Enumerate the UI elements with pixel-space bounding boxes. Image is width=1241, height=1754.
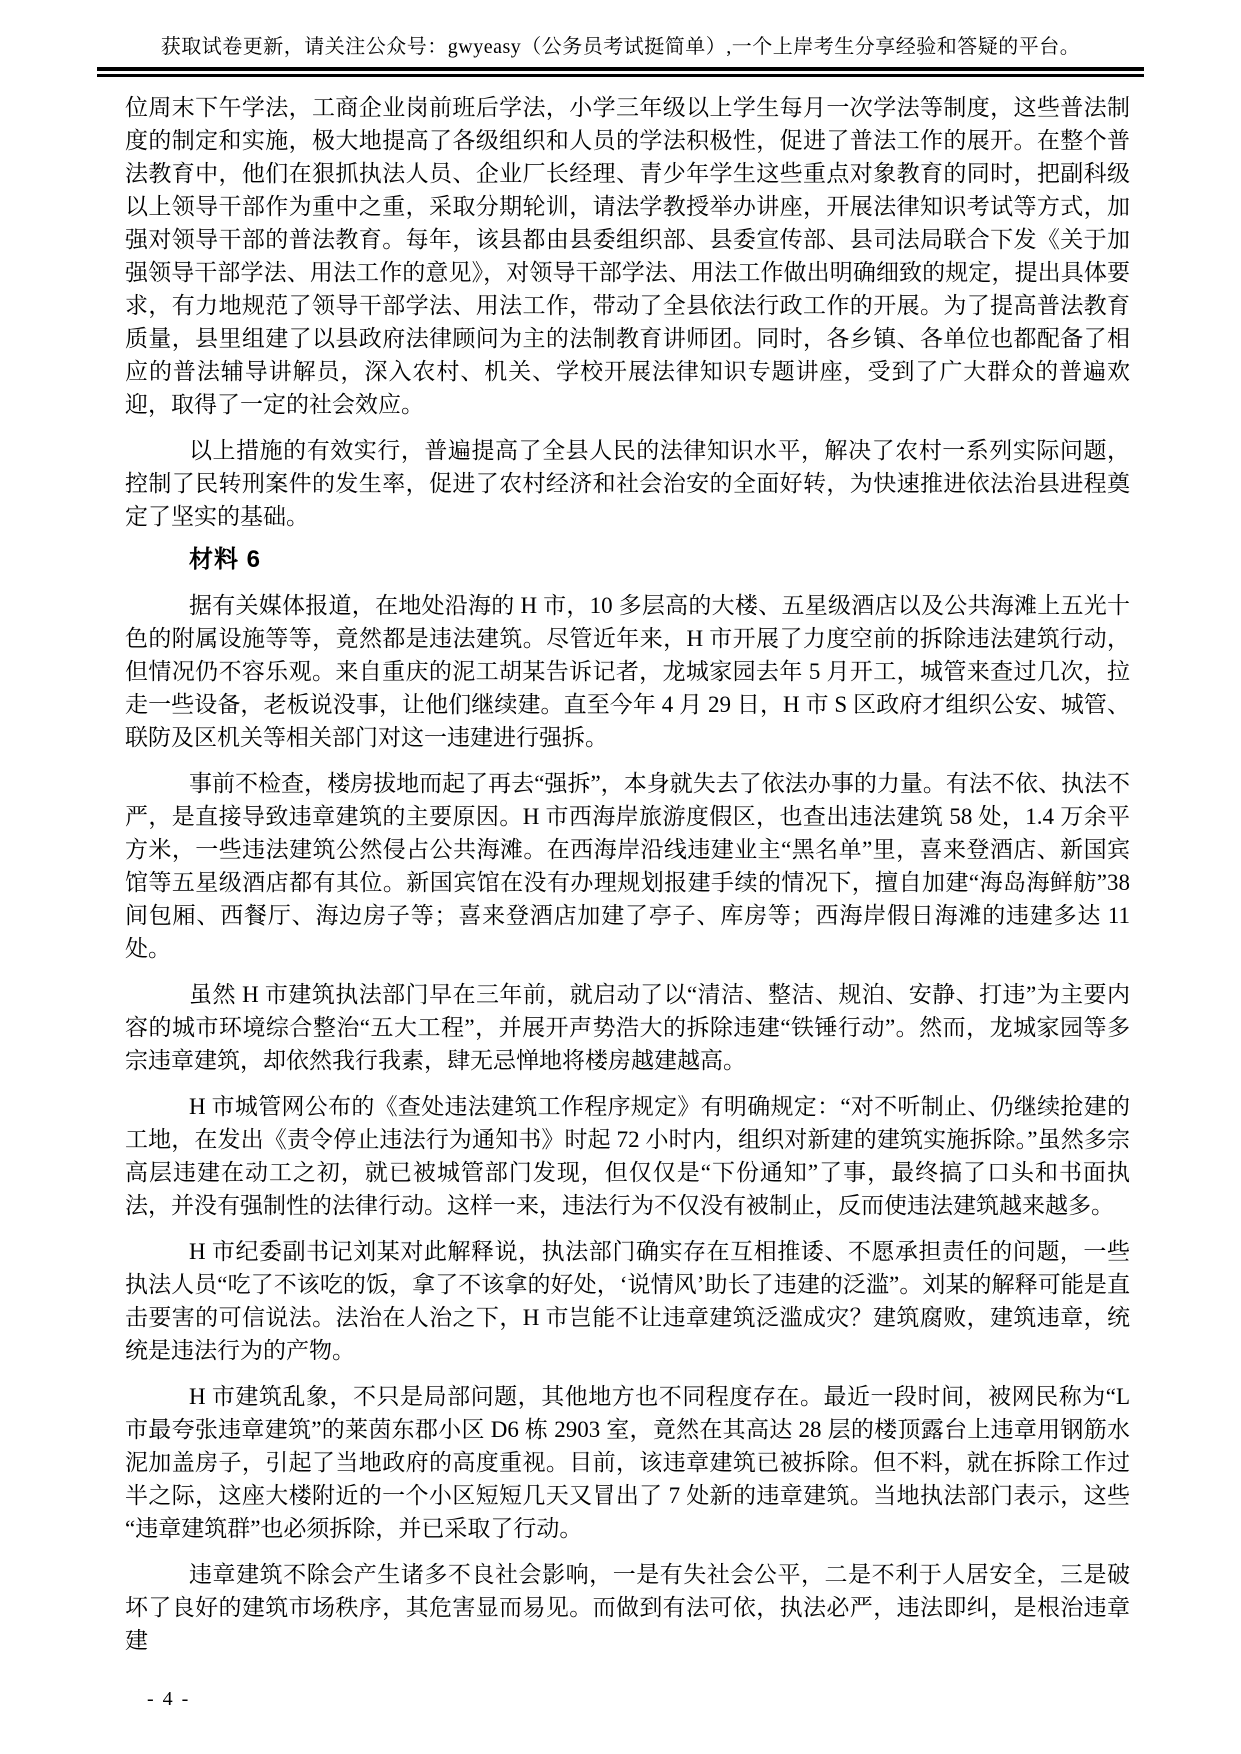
paragraph: 虽然 H 市建筑执法部门早在三年前，就启动了以“清洁、整洁、规泊、安静、打违”为…	[125, 978, 1130, 1077]
document-page: 获取试卷更新，请关注公众号：gwyeasy（公务员考试挺简单）,一个上岸考生分享…	[0, 0, 1241, 1754]
paragraph: 事前不检查，楼房拔地而起了再去“强拆”，本身就失去了依法办事的力量。有法不依、执…	[125, 767, 1130, 965]
header-divider-rule	[97, 67, 1144, 77]
header-notice: 获取试卷更新，请关注公众号：gwyeasy（公务员考试挺简单）,一个上岸考生分享…	[0, 30, 1241, 59]
page-number: - 4 -	[147, 1688, 190, 1711]
paragraph: 以上措施的有效实行，普遍提高了全县人民的法律知识水平，解决了农村一系列实际问题，…	[125, 434, 1130, 533]
paragraph: H 市建筑乱象，不只是局部问题，其他地方也不同程度存在。最近一段时间，被网民称为…	[125, 1380, 1130, 1545]
paragraph: 违章建筑不除会产生诸多不良社会影响，一是有失社会公平，二是不利于人居安全，三是破…	[125, 1558, 1130, 1657]
section-heading: 材料 6	[125, 543, 1130, 576]
document-body: 位周末下午学法，工商企业岗前班后学法，小学三年级以上学生每月一次学法等制度，这些…	[125, 91, 1130, 1657]
paragraph: H 市纪委副书记刘某对此解释说，执法部门确实存在互相推诿、不愿承担责任的问题，一…	[125, 1235, 1130, 1367]
paragraph: 据有关媒体报道，在地处沿海的 H 市，10 多层高的大楼、五星级酒店以及公共海滩…	[125, 589, 1130, 754]
paragraph: 位周末下午学法，工商企业岗前班后学法，小学三年级以上学生每月一次学法等制度，这些…	[125, 91, 1130, 421]
paragraph: H 市城管网公布的《查处违法建筑工作程序规定》有明确规定：“对不听制止、仍继续抢…	[125, 1090, 1130, 1222]
